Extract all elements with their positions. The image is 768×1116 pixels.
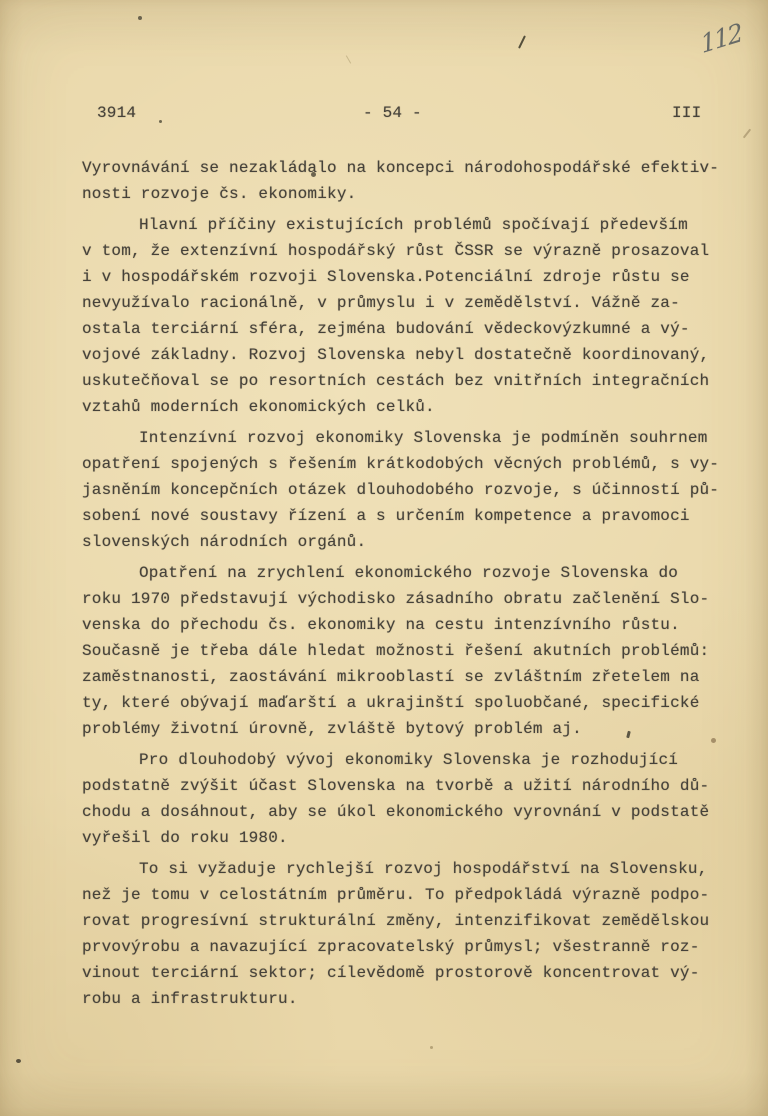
text-line: robu a infrastrukturu.	[82, 986, 730, 1012]
text-line: nosti rozvoje čs. ekonomiky.	[82, 181, 730, 207]
text-line: Intenzívní rozvoj ekonomiky Slovenska je…	[82, 425, 730, 451]
scanned-document-page: 3914 - 54 - III 112 Vyrovnávání se nezak…	[0, 0, 768, 1116]
text-line: problémy životní úrovně, zvláště bytový …	[82, 716, 730, 742]
text-line: v tom, že extenzívní hospodářský růst ČS…	[82, 238, 730, 264]
text-line: než je tomu v celostátním průměru. To př…	[82, 882, 730, 908]
text-line: slovenských národních orgánů.	[82, 529, 730, 555]
paper-speck	[346, 55, 351, 63]
text-line: Vyrovnávání se nezakládalo na koncepci n…	[82, 155, 730, 181]
text-line: vyřešil do roku 1980.	[82, 825, 730, 851]
paragraph: To si vyžaduje rychlejší rozvoj hospodář…	[82, 856, 730, 1012]
text-line: vojové základny. Rozvoj Slovenska nebyl …	[82, 342, 730, 368]
text-line: i v hospodářském rozvoji Slovenska.Poten…	[82, 264, 730, 290]
text-line: venska do přechodu čs. ekonomiky na cest…	[82, 612, 730, 638]
paragraph: Hlavní příčiny existujících problémů spo…	[82, 212, 730, 420]
text-line: Současně je třeba dále hledat možnosti ř…	[82, 638, 730, 664]
paper-speck	[743, 129, 751, 139]
text-line: Hlavní příčiny existujících problémů spo…	[82, 212, 730, 238]
text-line: roku 1970 představují východisko zásadní…	[82, 586, 730, 612]
text-line: vztahů moderních ekonomických celků.	[82, 394, 730, 420]
section-number: III	[672, 104, 701, 122]
text-line: rovat progresívní strukturální změny, in…	[82, 908, 730, 934]
paper-speck	[430, 1046, 433, 1049]
paper-speck	[16, 1059, 21, 1063]
paragraph: Vyrovnávání se nezakládalo na koncepci n…	[82, 155, 730, 207]
paper-speck	[138, 16, 142, 20]
text-line: prvovýrobu a navazující zpracovatelský p…	[82, 934, 730, 960]
text-line: ostala terciární sféra, zejména budování…	[82, 316, 730, 342]
text-line: podstatně zvýšit účast Slovenska na tvor…	[82, 773, 730, 799]
text-line: ty, které obývají maďarští a ukrajinští …	[82, 690, 730, 716]
document-number: 3914	[97, 104, 136, 122]
text-line: nevyužívalo racionálně, v průmyslu i v z…	[82, 290, 730, 316]
text-line: vinout terciární sektor; cílevědomě pros…	[82, 960, 730, 986]
page-number: - 54 -	[363, 104, 422, 122]
text-line: To si vyžaduje rychlejší rozvoj hospodář…	[82, 856, 730, 882]
paragraph: Pro dlouhodobý vývoj ekonomiky Slovenska…	[82, 747, 730, 851]
text-line: Opatření na zrychlení ekonomického rozvo…	[82, 560, 730, 586]
paragraph: Opatření na zrychlení ekonomického rozvo…	[82, 560, 730, 742]
text-line: opatření spojených s řešením krátkodobýc…	[82, 451, 730, 477]
paper-speck	[518, 35, 526, 48]
text-line: uskutečňoval se po resortních cestách be…	[82, 368, 730, 394]
document-body: Vyrovnávání se nezakládalo na koncepci n…	[82, 155, 730, 1017]
handwritten-mark: 112	[699, 18, 743, 59]
text-line: jasněním koncepčních otázek dlouhodobého…	[82, 477, 730, 503]
paper-speck	[159, 120, 162, 123]
text-line: chodu a dosáhnout, aby se úkol ekonomick…	[82, 799, 730, 825]
text-line: sobení nové soustavy řízení a s určením …	[82, 503, 730, 529]
paragraph: Intenzívní rozvoj ekonomiky Slovenska je…	[82, 425, 730, 555]
text-line: Pro dlouhodobý vývoj ekonomiky Slovenska…	[82, 747, 730, 773]
text-line: zaměstnanosti, zaostávání mikrooblastí s…	[82, 664, 730, 690]
